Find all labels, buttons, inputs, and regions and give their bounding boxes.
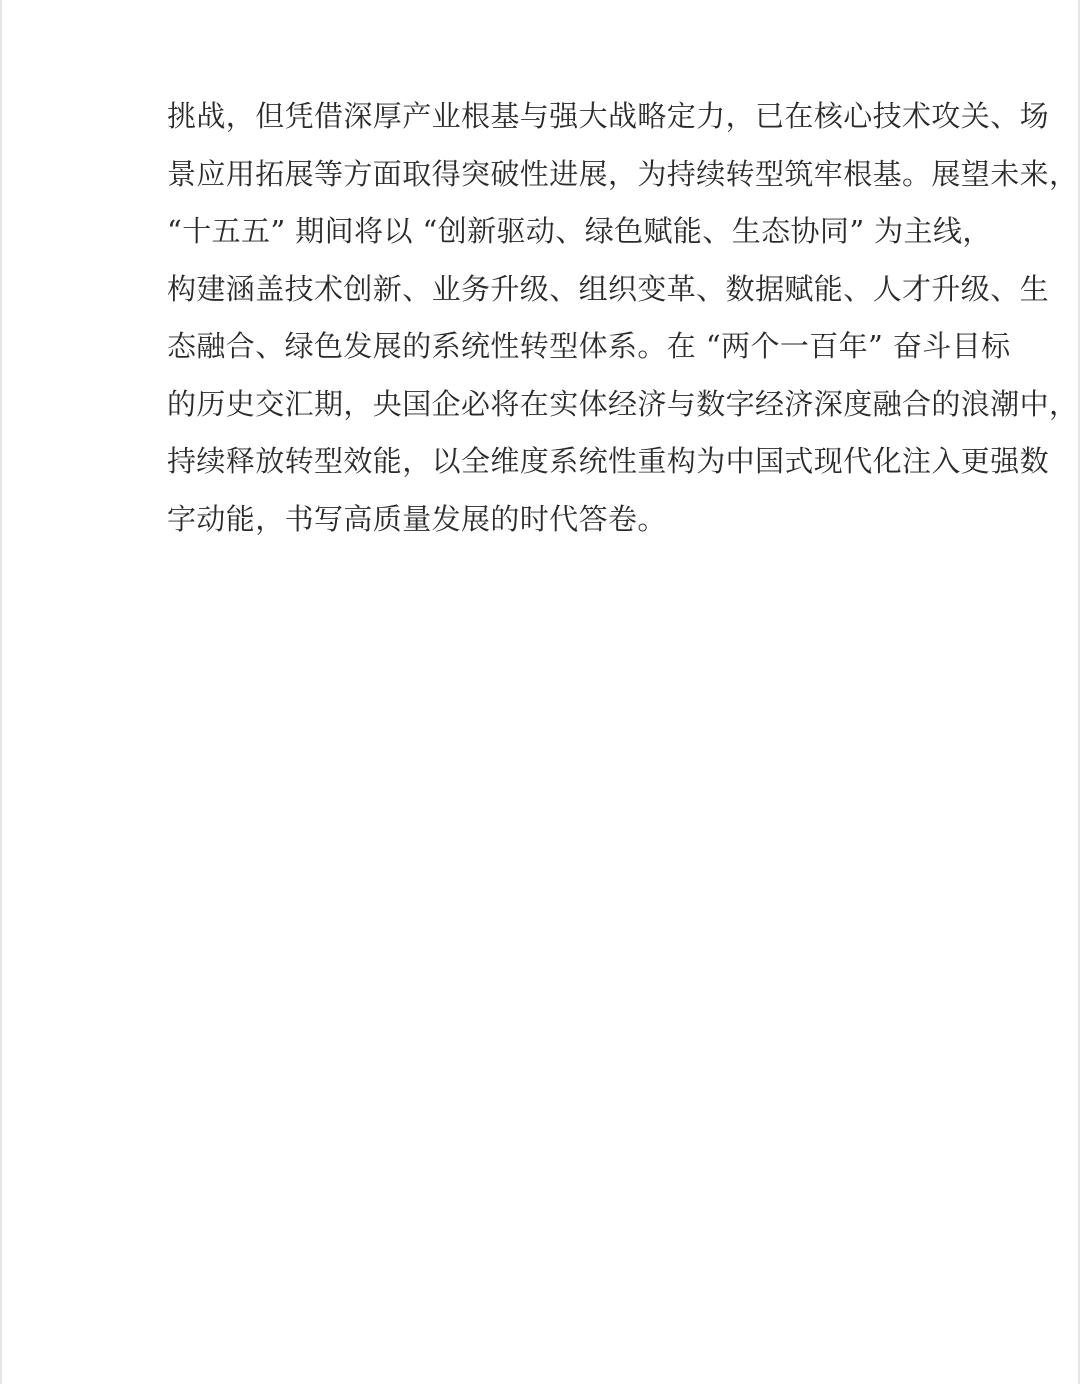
text-line: 挑战，但凭借深厚产业根基与强大战略定力，已在核心技术攻关、场 [167,88,927,146]
text-line: 持续释放转型效能，以全维度系统性重构为中国式现代化注入更强数 [167,433,927,491]
text-line: 字动能，书写高质量发展的时代答卷。 [167,491,927,549]
document-page: 挑战，但凭借深厚产业根基与强大战略定力，已在核心技术攻关、场 景应用拓展等方面取… [0,0,1080,1384]
body-paragraph: 挑战，但凭借深厚产业根基与强大战略定力，已在核心技术攻关、场 景应用拓展等方面取… [167,88,927,548]
text-line: 的历史交汇期，央国企必将在实体经济与数字经济深度融合的浪潮中， [167,376,927,434]
text-line: 态融合、绿色发展的系统性转型体系。在 “两个一百年” 奋斗目标 [167,318,927,376]
text-line: 景应用拓展等方面取得突破性进展，为持续转型筑牢根基。展望未来， [167,146,927,204]
text-line: “十五五” 期间将以 “创新驱动、绿色赋能、生态协同” 为主线， [167,203,927,261]
text-line: 构建涵盖技术创新、业务升级、组织变革、数据赋能、人才升级、生 [167,261,927,319]
